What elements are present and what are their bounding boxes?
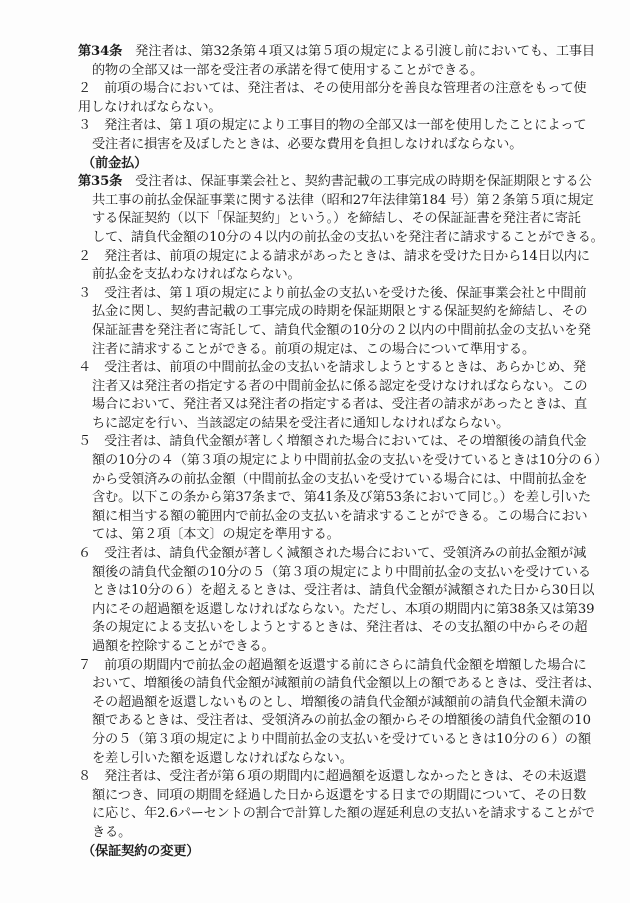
- article-35-para-1-line-1: 第35条 受注者は、保証事業会社と、契約書記載の工事完成の時期を保証期限とする公: [78, 173, 623, 192]
- text: 受注者は、保証事業会社と、契約書記載の工事完成の時期を保証期限とする公: [122, 174, 591, 189]
- article-35-para-4-line-2: 注者又は発注者の指定する者の中間前金払に係る認定を受けなければならない。この: [78, 378, 623, 397]
- article-35-para-5-line-6: ては、第２項〔本文〕の規定を準用する。: [78, 526, 623, 545]
- article-35-para-1-line-3: する保証契約（以下「保証契約」という。）を締結し、その保証証書を発注者に寄託: [78, 210, 623, 229]
- article-35-para-4-line-3: 場合において、発注者又は発注者の指定する者は、受注者の請求があったときは、直: [78, 396, 623, 415]
- article-34-para-2-line-1: ２ 前項の場合においては、発注者は、その使用部分を善良な管理者の注意をもって使: [78, 80, 623, 99]
- article-35-para-5-line-1: ５ 受注者は、請負代金額が著しく増額された場合においては、その増額後の請負代金: [78, 433, 623, 452]
- article-35-para-4-line-4: ちに認定を行い、当該認定の結果を受注者に通知しなければならない。: [78, 415, 623, 434]
- article-35-para-6-line-3: ときは10分の６）を超えるときは、受注者は、請負代金額が減額された日から30日以: [78, 582, 623, 601]
- section-caption-guarantee-change: （保証契約の変更）: [78, 843, 623, 862]
- article-35-para-1-line-4: して、請負代金額の10分の４以内の前払金の支払いを発注者に請求することができる。: [78, 229, 623, 248]
- article-35-para-7-line-6: を差し引いた額を返還しなければならない。: [78, 750, 623, 769]
- article-35-para-3-line-3: 保証証書を発注者に寄託して、請負代金額の10分の２以内の中間前払金の支払いを発: [78, 322, 623, 341]
- article-number: 第35条: [78, 174, 122, 189]
- article-35-para-7-line-1: ７ 前項の期間内で前払金の超過額を返還する前にさらに請負代金額を増額した場合に: [78, 657, 623, 676]
- article-35-para-3-line-4: 注者に請求することができる。前項の規定は、この場合について準用する。: [78, 341, 623, 360]
- section-caption-advance-payment: （前金払）: [78, 155, 623, 174]
- article-35-para-8-line-3: に応じ、年2.6パーセントの割合で計算した額の遅延利息の支払いを請求することがで: [78, 805, 623, 824]
- article-35-para-2-line-2: 前払金を支払わなければならない。: [78, 266, 623, 285]
- article-35-para-7-line-3: その超過額を返還しないものとし、増額後の請負代金額が減額前の請負代金額未満の: [78, 694, 623, 713]
- article-34-para-3-line-1: ３ 発注者は、第１項の規定により工事目的物の全部又は一部を使用したことによって: [78, 117, 623, 136]
- article-34-para-2-line-2: 用しなければならない。: [78, 99, 623, 118]
- article-35-para-7-line-4: 額であるときは、受注者は、受領済みの前払金の額からその増額後の請負代金額の10: [78, 712, 623, 731]
- article-34: 第34条 発注者は、第32条第４項又は第５項の規定による引渡し前においても、工事…: [78, 43, 623, 155]
- article-35-para-8-line-4: きる。: [78, 824, 623, 843]
- article-35-para-5-line-2: 額の10分の４（第３項の規定により中間前払金の支払いを受けているときは10分の６…: [78, 452, 623, 471]
- article-35-para-4-line-1: ４ 受注者は、前項の中間前払金の支払いを請求しようとするときは、あらかじめ、発: [78, 359, 623, 378]
- article-35-para-5-line-5: 額に相当する額の範囲内で前払金の支払いを請求することができる。この場合におい: [78, 508, 623, 527]
- article-35-para-3-line-2: 払金に関し、契約書記載の工事完成の時期を保証期限とする保証契約を締結し、その: [78, 303, 623, 322]
- article-35-para-6-line-5: 条の規定による支払いをしようとするときは、発注者は、その支払額の中からその超: [78, 619, 623, 638]
- article-35-para-3-line-1: ３ 受注者は、第１項の規定により前払金の支払いを受けた後、保証事業会社と中間前: [78, 285, 623, 304]
- article-35-para-8-line-1: ８ 発注者は、受注者が第６項の期間内に超過額を返還しなかったときは、その未返還: [78, 768, 623, 787]
- article-34-para-3-line-2: 受注者に損害を及ぼしたときは、必要な費用を負担しなければならない。: [78, 136, 623, 155]
- article-35-para-8-line-2: 額につき、同項の期間を経過した日から返還をする日までの期間について、その日数: [78, 787, 623, 806]
- article-35-para-5-line-3: から受領済みの前払金額（中間前払金の支払いを受けている場合には、中間前払金を: [78, 471, 623, 490]
- article-34-para-1-line-1: 第34条 発注者は、第32条第４項又は第５項の規定による引渡し前においても、工事…: [78, 43, 623, 62]
- article-35-para-6-line-4: 内にその超過額を返還しなければならない。ただし、本項の期間内に第38条又は第39: [78, 601, 623, 620]
- text: 発注者は、第32条第４項又は第５項の規定による引渡し前においても、工事目: [122, 44, 595, 59]
- document-page: 第34条 発注者は、第32条第４項又は第５項の規定による引渡し前においても、工事…: [78, 43, 623, 861]
- article-35-para-2-line-1: ２ 発注者は、前項の規定による請求があったときは、請求を受けた日から14日以内に: [78, 248, 623, 267]
- article-34-para-1-line-2: 的物の全部又は一部を受注者の承諾を得て使用することができる。: [78, 62, 623, 81]
- article-35-para-7-line-2: おいて、増額後の請負代金額が減額前の請負代金額以上の額であるときは、受注者は、: [78, 675, 623, 694]
- article-35-para-6-line-6: 過額を控除することができる。: [78, 638, 623, 657]
- article-35-para-6-line-2: 額後の請負代金額の10分の５（第３項の規定により中間前払金の支払いを受けている: [78, 564, 623, 583]
- article-35-para-6-line-1: ６ 受注者は、請負代金額が著しく減額された場合において、受領済みの前払金額が減: [78, 545, 623, 564]
- article-35-para-5-line-4: 含む。以下この条から第37条まで、第41条及び第53条において同じ。）を差し引い…: [78, 489, 623, 508]
- article-number: 第34条: [78, 44, 122, 59]
- article-35-para-1-line-2: 共工事の前払金保証事業に関する法律（昭和27年法律第184 号）第２条第５項に規…: [78, 192, 623, 211]
- article-35: 第35条 受注者は、保証事業会社と、契約書記載の工事完成の時期を保証期限とする公…: [78, 173, 623, 842]
- article-35-para-7-line-5: 分の５（第３項の規定により中間前払金の支払いを受けているときは10分の６）の額: [78, 731, 623, 750]
